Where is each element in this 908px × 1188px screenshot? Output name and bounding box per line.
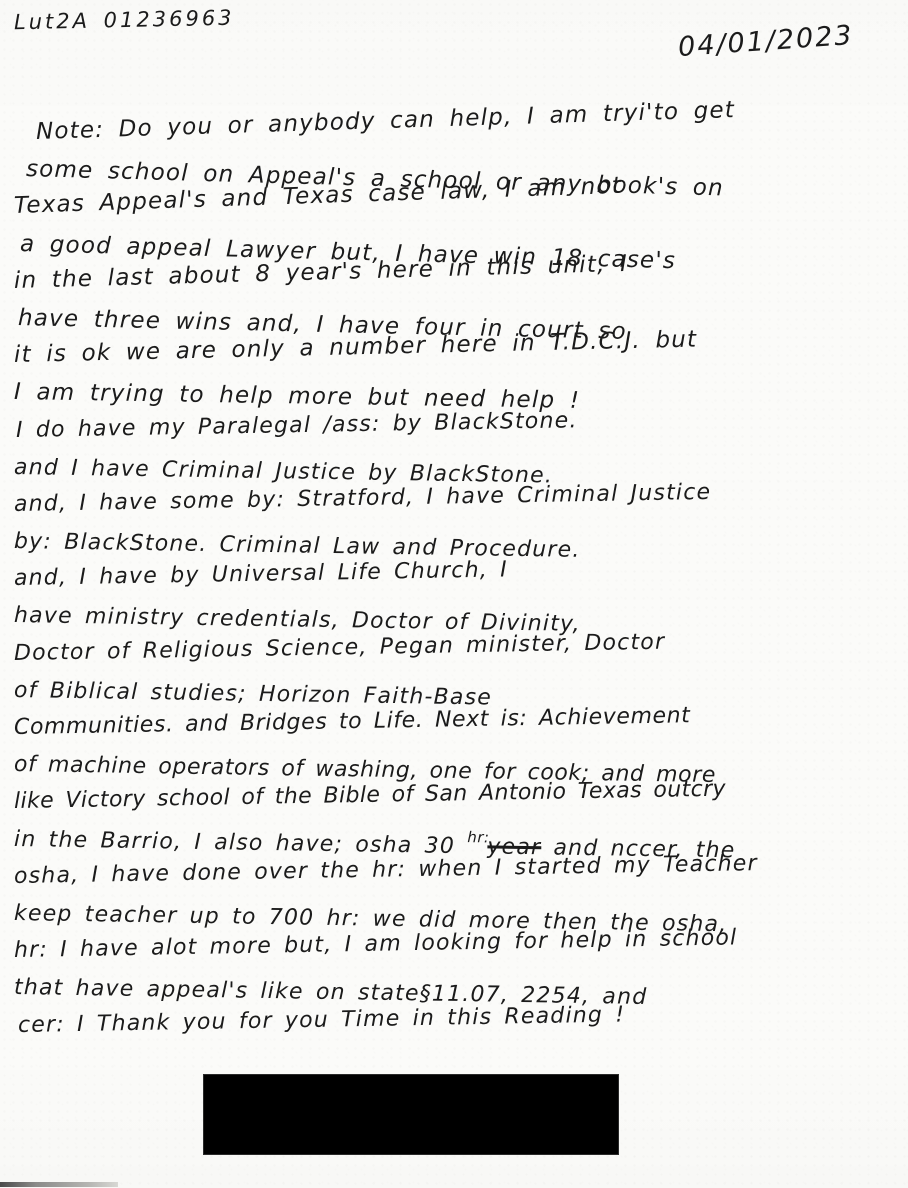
case-id: Lut2A 01236963 <box>14 6 235 35</box>
scanned-letter-page: Lut2A 01236963 04/01/2023 Note: Do you o… <box>0 0 908 1188</box>
superscript-correction: hr: <box>467 827 489 845</box>
scan-artifact-strip <box>0 1182 118 1187</box>
redaction-box <box>203 1074 619 1155</box>
handwritten-line: Note: Do you or anybody can help, I am t… <box>35 87 902 151</box>
date: 04/01/2023 <box>678 20 855 63</box>
letter-body: Note: Do you or anybody can help, I am t… <box>14 114 902 1044</box>
